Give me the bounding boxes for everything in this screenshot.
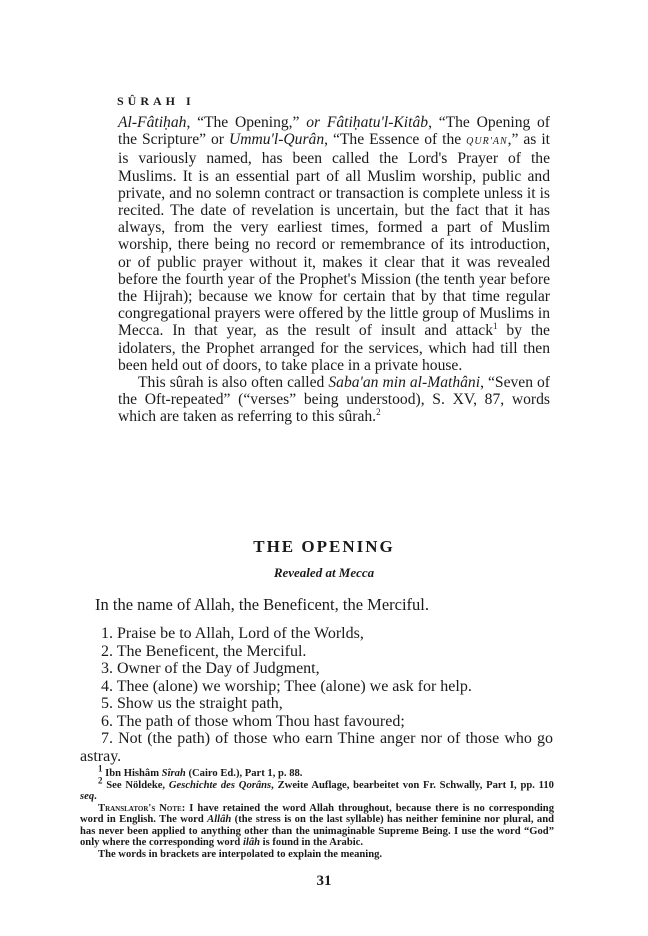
verse: 5. Show us the straight path,	[95, 695, 553, 713]
verse: 6. The path of those whom Thou hast favo…	[95, 713, 553, 731]
text-seq: seq	[80, 791, 94, 802]
text: , “The Essence of the	[324, 131, 466, 148]
text: , “The Opening,”	[186, 114, 306, 131]
brackets-note: The words in brackets are interpolated t…	[80, 849, 554, 861]
verse-number: 4.	[101, 678, 113, 695]
verse-number: 6.	[101, 713, 113, 730]
verse-list: 1. Praise be to Allah, Lord of the World…	[95, 625, 553, 765]
term-allah: Allâh	[207, 814, 231, 825]
verse-text: The Beneficent, the Merciful.	[117, 643, 307, 660]
work-title: Geschichte des Qorâns	[169, 780, 271, 791]
term-al-fatihah: Al-Fâtiḥah	[118, 114, 186, 131]
verse-text: Show us the straight path,	[117, 695, 283, 712]
verse-number: 1.	[101, 625, 113, 642]
verse-text: Thee (alone) we worship; Thee (alone) we…	[117, 678, 472, 695]
verse: 4. Thee (alone) we worship; Thee (alone)…	[95, 678, 553, 696]
note-label: Translator's Note	[98, 803, 182, 814]
text-or: or	[306, 114, 320, 131]
term-fatihatul-kitab: Fâtiḥatu'l-Kitâb	[320, 114, 428, 131]
verse-number: 3.	[101, 660, 113, 677]
verse-text: Not (the path) of those who earn Thine a…	[80, 730, 553, 765]
intro-paragraph-2: This sûrah is also often called Saba'an …	[118, 374, 550, 426]
page-number: 31	[0, 873, 648, 890]
text: ,” as it is variously named, has been ca…	[118, 131, 550, 339]
verse-number: 5.	[101, 695, 113, 712]
surah-subtitle: Revealed at Mecca	[0, 565, 648, 581]
verse: 1. Praise be to Allah, Lord of the World…	[95, 625, 553, 643]
footnote-2: 2 See Nöldeke, Geschichte des Qorâns, Zw…	[80, 780, 554, 803]
footnotes: 1 Ibn Hishâm Sîrah (Cairo Ed.), Part 1, …	[80, 768, 554, 860]
verse-text: Praise be to Allah, Lord of the Worlds,	[117, 625, 364, 642]
verse: 7. Not (the path) of those who earn Thin…	[80, 730, 553, 765]
verse-text: The path of those whom Thou hast favoure…	[117, 713, 405, 730]
intro-paragraph-1: Al-Fâtiḥah, “The Opening,” or Fâtiḥatu'l…	[118, 114, 550, 374]
verse-number: 2.	[101, 643, 113, 660]
text: is found in the Arabic.	[260, 837, 363, 848]
running-head: SÛRAH I	[117, 94, 195, 109]
text: Ibn Hishâm	[103, 768, 162, 779]
verse-text: Owner of the Day of Judgment,	[117, 660, 320, 677]
term-quran: QUR'AN	[466, 136, 507, 147]
footnote-ref-2: 2	[376, 407, 381, 417]
term-ilah: ilâh	[243, 837, 260, 848]
verse-number: 7.	[101, 730, 113, 747]
introduction: Al-Fâtiḥah, “The Opening,” or Fâtiḥatu'l…	[118, 114, 550, 426]
work-title: Sîrah	[162, 768, 186, 779]
term-sabaan-min-al-mathani: Saba'an min al-Mathâni	[328, 374, 480, 391]
verse: 2. The Beneficent, the Merciful.	[95, 643, 553, 661]
translators-note: Translator's Note: I have retained the w…	[80, 803, 554, 849]
bismillah: In the name of Allah, the Beneficent, th…	[95, 595, 429, 615]
text: (Cairo Ed.), Part 1, p. 88.	[186, 768, 303, 779]
text: .	[94, 791, 97, 802]
term-ummul-quran: Ummu'l-Qurân	[229, 131, 324, 148]
surah-title: THE OPENING	[0, 537, 648, 557]
text: , Zweite Auflage, bearbeitet von Fr. Sch…	[271, 780, 554, 791]
footnote-1: 1 Ibn Hishâm Sîrah (Cairo Ed.), Part 1, …	[80, 768, 554, 780]
verse: 3. Owner of the Day of Judgment,	[95, 660, 553, 678]
text: This sûrah is also often called	[138, 374, 328, 391]
text: See Nöldeke,	[103, 780, 169, 791]
